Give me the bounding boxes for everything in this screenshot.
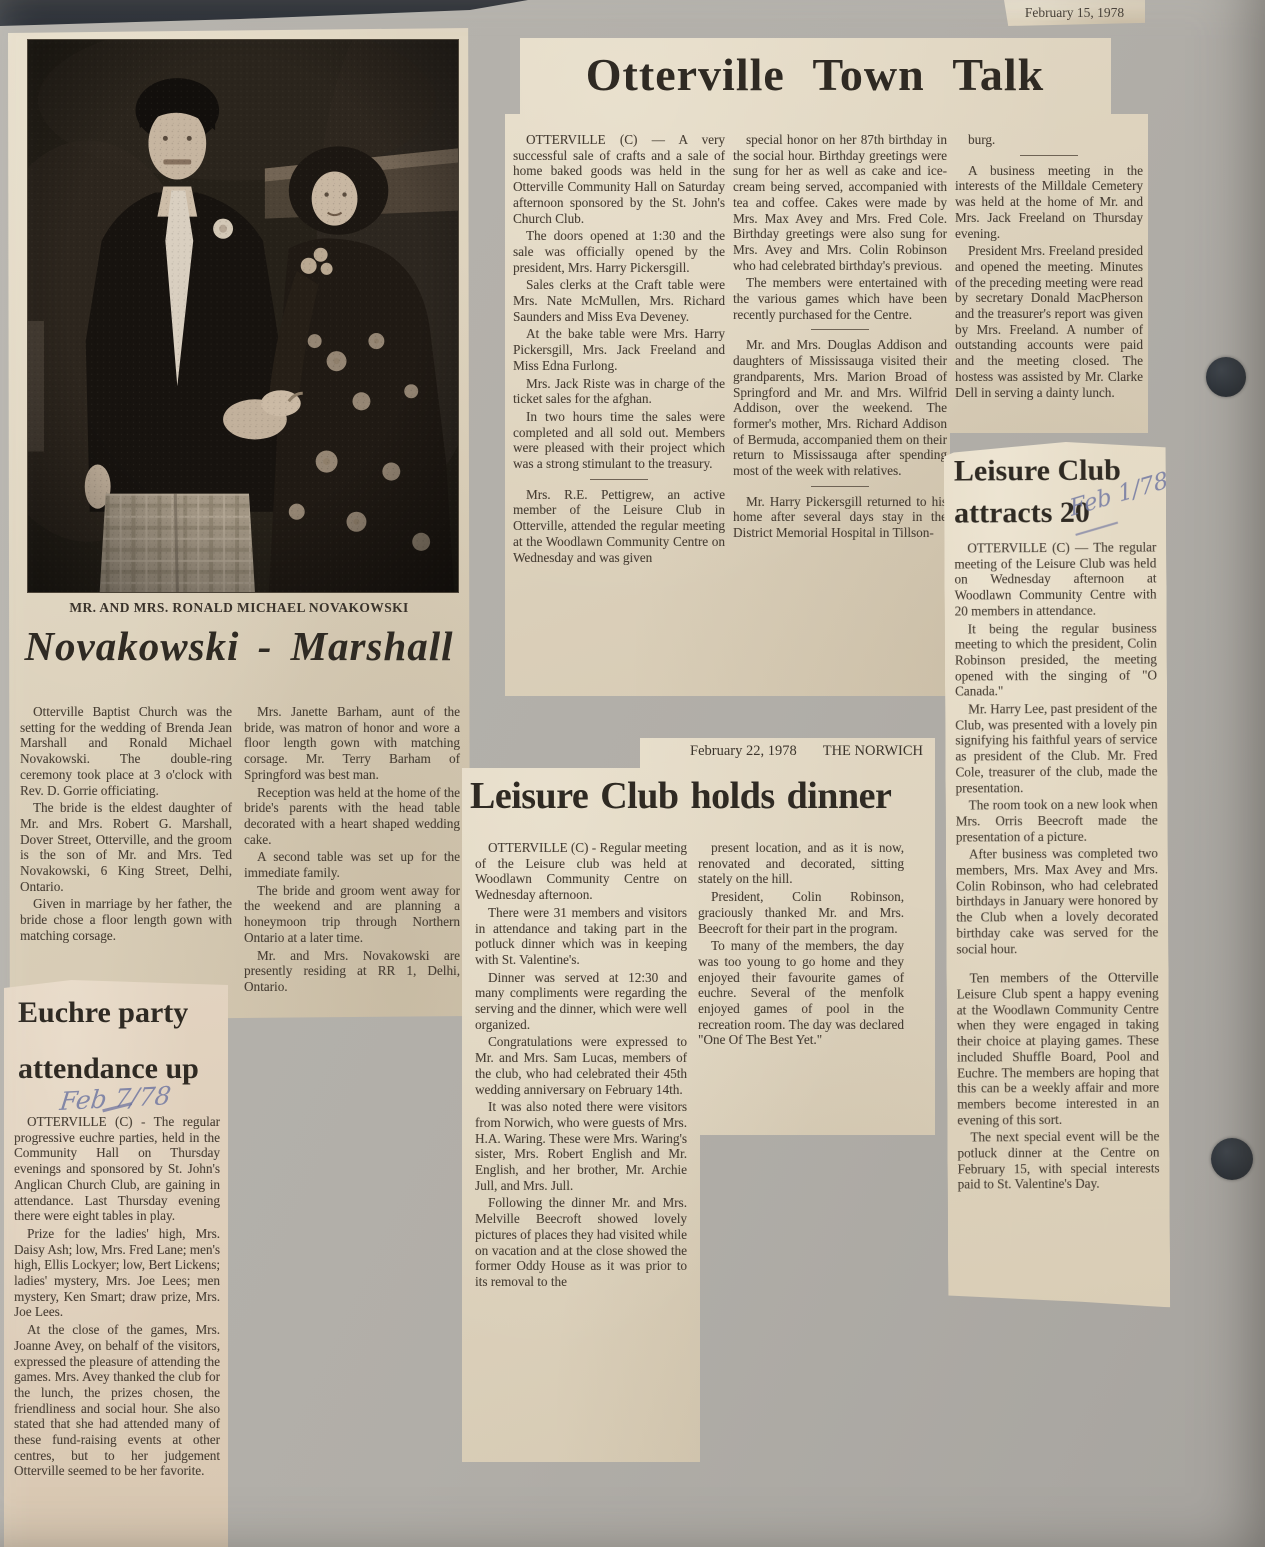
- paragraph: Given in marriage by her father, the bri…: [20, 896, 232, 943]
- paragraph: Mrs. R.E. Pettigrew, an active member of…: [513, 487, 725, 566]
- euchre-column: OTTERVILLE (C) - The regular progressive…: [14, 1114, 220, 1481]
- leisure-attracts-clipping: Leisure Club attracts 20 Feb 1/78 OTTERV…: [944, 439, 1171, 1308]
- paragraph: Following the dinner Mr. and Mrs. Melvil…: [475, 1195, 687, 1289]
- album-corner-shadow: [0, 0, 528, 28]
- attracts-column: OTTERVILLE (C) — The regular meeting of …: [954, 539, 1159, 1194]
- paragraph: Mrs. Janette Barham, aunt of the bride, …: [244, 704, 460, 783]
- paragraph: Otterville Baptist Church was the settin…: [20, 704, 232, 798]
- wedding-photo-image: [28, 40, 458, 592]
- scrapbook-page: { "scrapbook": { "top_right_date": "Febr…: [0, 0, 1265, 1547]
- paragraph: Prize for the ladies' high, Mrs. Daisy A…: [14, 1226, 220, 1320]
- section-divider: [811, 486, 869, 487]
- paragraph: The members were entertained with the va…: [733, 275, 947, 322]
- section-divider: [1020, 155, 1078, 156]
- dinner-headline: Leisure Club holds dinner: [470, 774, 910, 818]
- paragraph: The doors opened at 1:30 and the sale wa…: [513, 228, 725, 275]
- town-talk-column-2: special honor on her 87th birthday in th…: [733, 132, 947, 543]
- wedding-article-clipping: MR. AND MRS. RONALD MICHAEL NOVAKOWSKI N…: [8, 28, 470, 1020]
- section-gap: [956, 958, 1158, 971]
- paragraph: At the bake table were Mrs. Harry Picker…: [513, 326, 725, 373]
- paragraph: Mr. Harry Pickersgill returned to his ho…: [733, 494, 947, 541]
- dinner-article-clipping: February 22, 1978 THE NORWICH Leisure Cl…: [462, 738, 935, 1462]
- paragraph: There were 31 members and visitors in at…: [475, 905, 687, 968]
- paragraph: A second table was set up for the immedi…: [244, 849, 460, 880]
- town-talk-column-3: burg. A business meeting in the interest…: [955, 132, 1143, 402]
- dateline-clipping: February 15, 1978: [1004, 0, 1145, 26]
- paragraph: It was also noted there were visitors fr…: [475, 1099, 687, 1193]
- paragraph: A business meeting in the interests of t…: [955, 163, 1143, 242]
- paragraph: In two hours time the sales were complet…: [513, 409, 725, 472]
- paragraph: Reception was held at the home of the br…: [244, 785, 460, 848]
- paragraph: OTTERVILLE (C) - Regular meeting of the …: [475, 840, 687, 903]
- paragraph: OTTERVILLE (C) — A very successful sale …: [513, 132, 725, 226]
- euchre-headline-line1: Euchre party: [18, 996, 188, 1030]
- paragraph: OTTERVILLE (C) — The regular meeting of …: [954, 539, 1156, 619]
- euchre-article-clipping: Euchre party attendance up Feb 7/78 OTTE…: [4, 980, 228, 1547]
- paragraph: Dinner was served at 12:30 and many comp…: [475, 970, 687, 1033]
- town-talk-column-1: OTTERVILLE (C) — A very successful sale …: [513, 132, 725, 567]
- paragraph: Mrs. Jack Riste was in charge of the tic…: [513, 376, 725, 407]
- publication-name: THE NORWICH: [823, 743, 923, 760]
- paragraph: After business was completed two members…: [956, 846, 1159, 957]
- paragraph: Sales clerks at the Craft table were Mrs…: [513, 277, 725, 324]
- paragraph: The bride is the eldest daughter of Mr. …: [20, 800, 232, 894]
- dinner-column-1: OTTERVILLE (C) - Regular meeting of the …: [475, 840, 687, 1292]
- paragraph: President Mrs. Freeland presided and ope…: [955, 243, 1143, 400]
- paragraph: Mr. Harry Lee, past president of the Clu…: [955, 701, 1157, 796]
- paragraph: Ten members of the Otterville Leisure Cl…: [957, 970, 1160, 1128]
- photo-caption: MR. AND MRS. RONALD MICHAEL NOVAKOWSKI: [8, 600, 470, 616]
- paragraph: OTTERVILLE (C) - The regular progressive…: [14, 1114, 220, 1224]
- paragraph: present location, and as it is now, reno…: [698, 840, 904, 887]
- binder-hole-mark: [1206, 357, 1246, 397]
- paragraph: special honor on her 87th birthday in th…: [733, 132, 947, 273]
- paragraph: To many of the members, the day was too …: [698, 938, 904, 1048]
- paragraph: Mr. and Mrs. Novakowski are presently re…: [244, 948, 460, 995]
- town-talk-headline: Otterville Town Talk: [520, 48, 1110, 101]
- section-divider: [590, 479, 648, 480]
- wedding-headline: Novakowski - Marshall: [8, 622, 470, 670]
- paragraph: It being the regular business meeting to…: [955, 620, 1157, 700]
- paragraph: The bride and groom went away for the we…: [244, 883, 460, 946]
- dateline-text: February 15, 1978: [1025, 5, 1124, 20]
- paragraph: burg.: [955, 132, 1143, 148]
- paragraph: Mr. and Mrs. Douglas Addison and daughte…: [733, 337, 947, 478]
- wedding-column-2: Mrs. Janette Barham, aunt of the bride, …: [244, 704, 460, 997]
- section-divider: [811, 329, 869, 330]
- paragraph: President, Colin Robinson, graciously th…: [698, 889, 904, 936]
- dinner-dateline: February 22, 1978 THE NORWICH: [690, 743, 923, 760]
- binder-hole-mark: [1211, 1138, 1253, 1180]
- paragraph: Congratulations were expressed to Mr. an…: [475, 1034, 687, 1097]
- wedding-photo: [28, 40, 458, 592]
- wedding-column-1: Otterville Baptist Church was the settin…: [20, 704, 232, 946]
- paragraph: The room took on a new look when Mrs. Or…: [956, 797, 1158, 845]
- paragraph: The next special event will be the potlu…: [957, 1129, 1159, 1193]
- dinner-column-2: present location, and as it is now, reno…: [698, 840, 904, 1050]
- paragraph: At the close of the games, Mrs. Joanne A…: [14, 1322, 220, 1479]
- dateline-text: February 22, 1978: [690, 743, 797, 760]
- attracts-headline-line1: Leisure Club: [954, 454, 1121, 489]
